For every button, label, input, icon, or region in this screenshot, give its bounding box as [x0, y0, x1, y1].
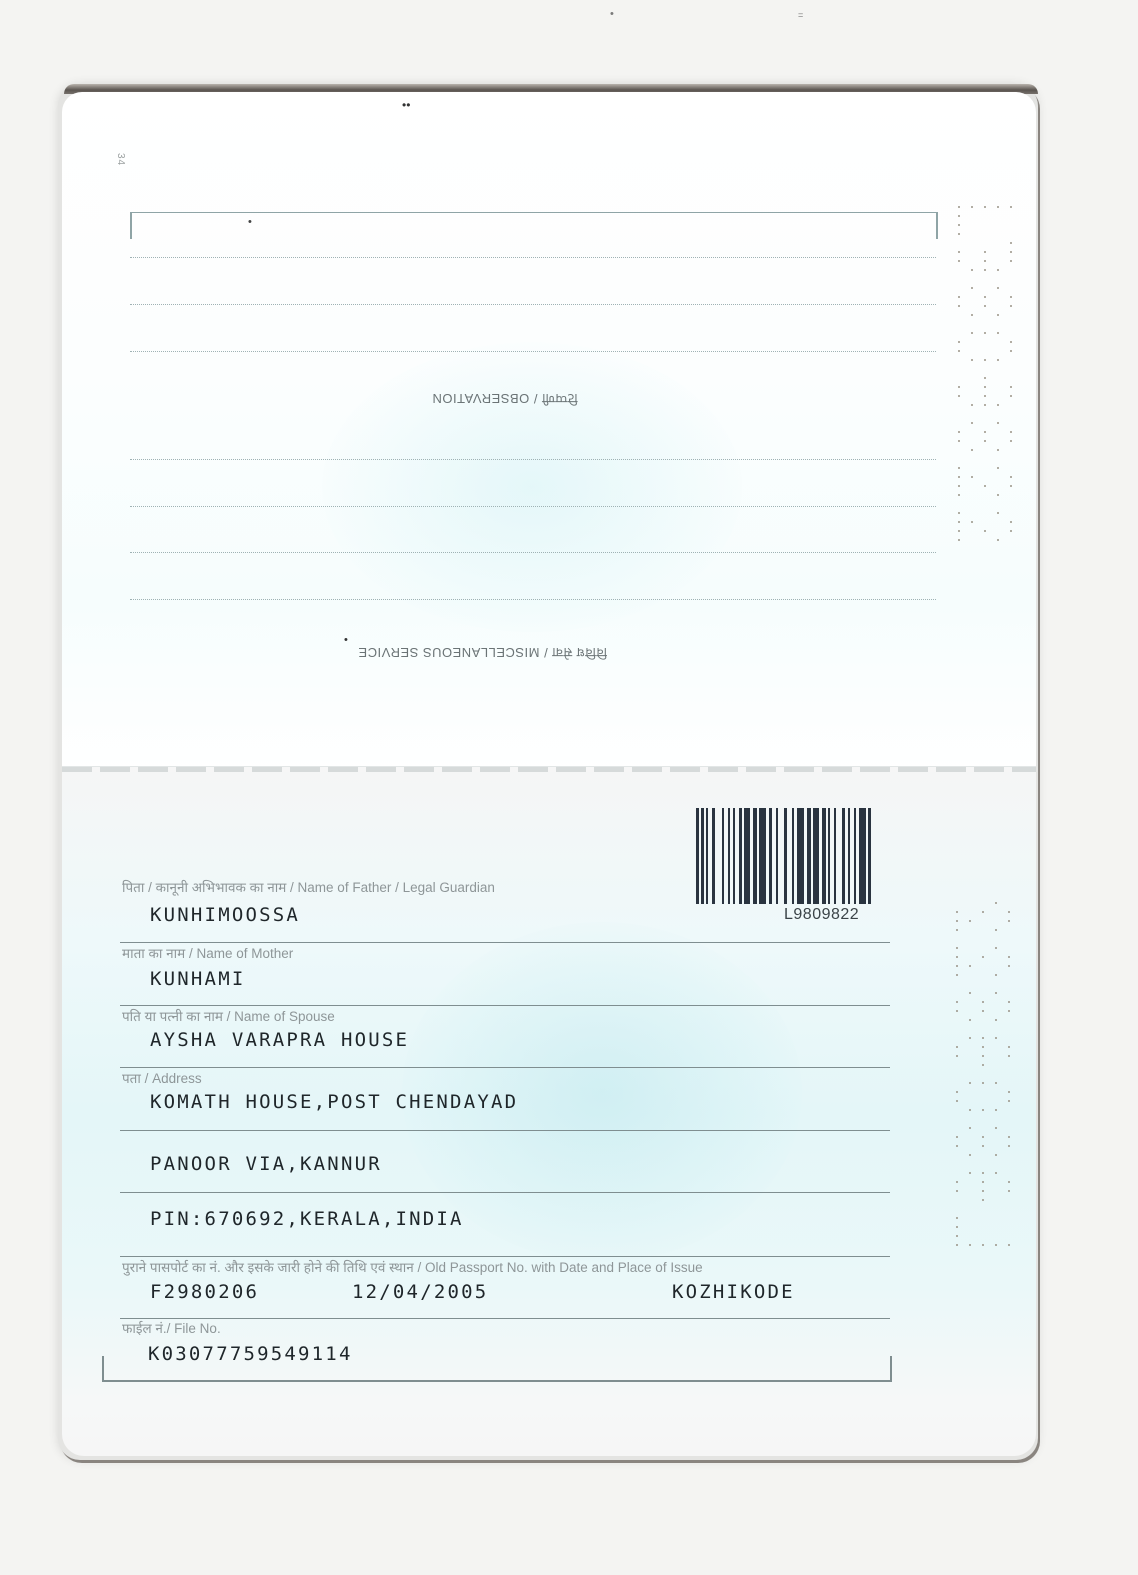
observation-line — [130, 599, 936, 600]
field-divider — [120, 1005, 890, 1006]
field-divider — [120, 1318, 890, 1319]
spouse-name-value: AYSHA VARAPRA HOUSE — [150, 1029, 409, 1051]
observation-page: •• 34 • टिप्पणी / OBSERVATION विविध सेवा… — [62, 92, 1036, 770]
file-number-box — [102, 1356, 892, 1382]
scan-speck: •• — [402, 98, 410, 112]
file-number-label: फाईल नं./ File No. — [122, 1319, 221, 1337]
perforated-passport-number — [958, 206, 1022, 541]
scan-speck: • — [344, 634, 348, 646]
observation-line — [130, 257, 936, 258]
father-name-label: पिता / कानूनी अभिभावक का नाम / Name of F… — [122, 878, 495, 896]
old-passport-label: पुराने पासपोर्ट का नं. और इसके जारी होने… — [122, 1258, 703, 1276]
observation-line — [130, 506, 936, 507]
field-divider — [120, 1067, 890, 1068]
miscellaneous-service-heading: विविध सेवा / MISCELLANEOUS SERVICE — [358, 644, 607, 662]
page-number: 34 — [115, 153, 126, 166]
address-line-2: PANOOR VIA,KANNUR — [150, 1153, 382, 1175]
scan-speck: = — [798, 10, 803, 20]
field-divider — [120, 1256, 890, 1257]
barcode-number: L9809822 — [784, 906, 859, 924]
old-passport-number: F2980206 — [150, 1281, 259, 1303]
field-divider — [120, 942, 890, 943]
old-passport-issue-date: 12/04/2005 — [352, 1281, 488, 1303]
address-label: पता / Address — [122, 1069, 202, 1087]
perforated-passport-number — [956, 902, 1020, 1246]
field-divider — [120, 1192, 890, 1193]
scan-speck: • — [610, 8, 614, 20]
observation-line — [130, 351, 936, 352]
address-line-1: KOMATH HOUSE,POST CHENDAYAD — [150, 1091, 518, 1113]
mother-name-label: माता का नाम / Name of Mother — [122, 944, 293, 962]
observation-line — [130, 459, 936, 460]
address-line-3: PIN:670692,KERALA,INDIA — [150, 1208, 464, 1230]
spouse-name-label: पति या पत्नी का नाम / Name of Spouse — [122, 1007, 335, 1025]
particulars-page: L9809822 पिता / कानूनी अभिभावक का नाम / … — [62, 772, 1036, 1456]
observation-line — [130, 304, 936, 305]
barcode — [696, 808, 968, 904]
mother-name-value: KUNHAMI — [150, 968, 245, 990]
observation-line — [130, 552, 936, 553]
field-divider — [120, 1130, 890, 1131]
national-emblem-watermark — [322, 342, 742, 632]
scan-speck: • — [248, 216, 252, 228]
father-name-value: KUNHIMOOSSA — [150, 904, 300, 926]
old-passport-issue-place: KOZHIKODE — [672, 1281, 795, 1303]
observation-heading: टिप्पणी / OBSERVATION — [432, 390, 578, 408]
